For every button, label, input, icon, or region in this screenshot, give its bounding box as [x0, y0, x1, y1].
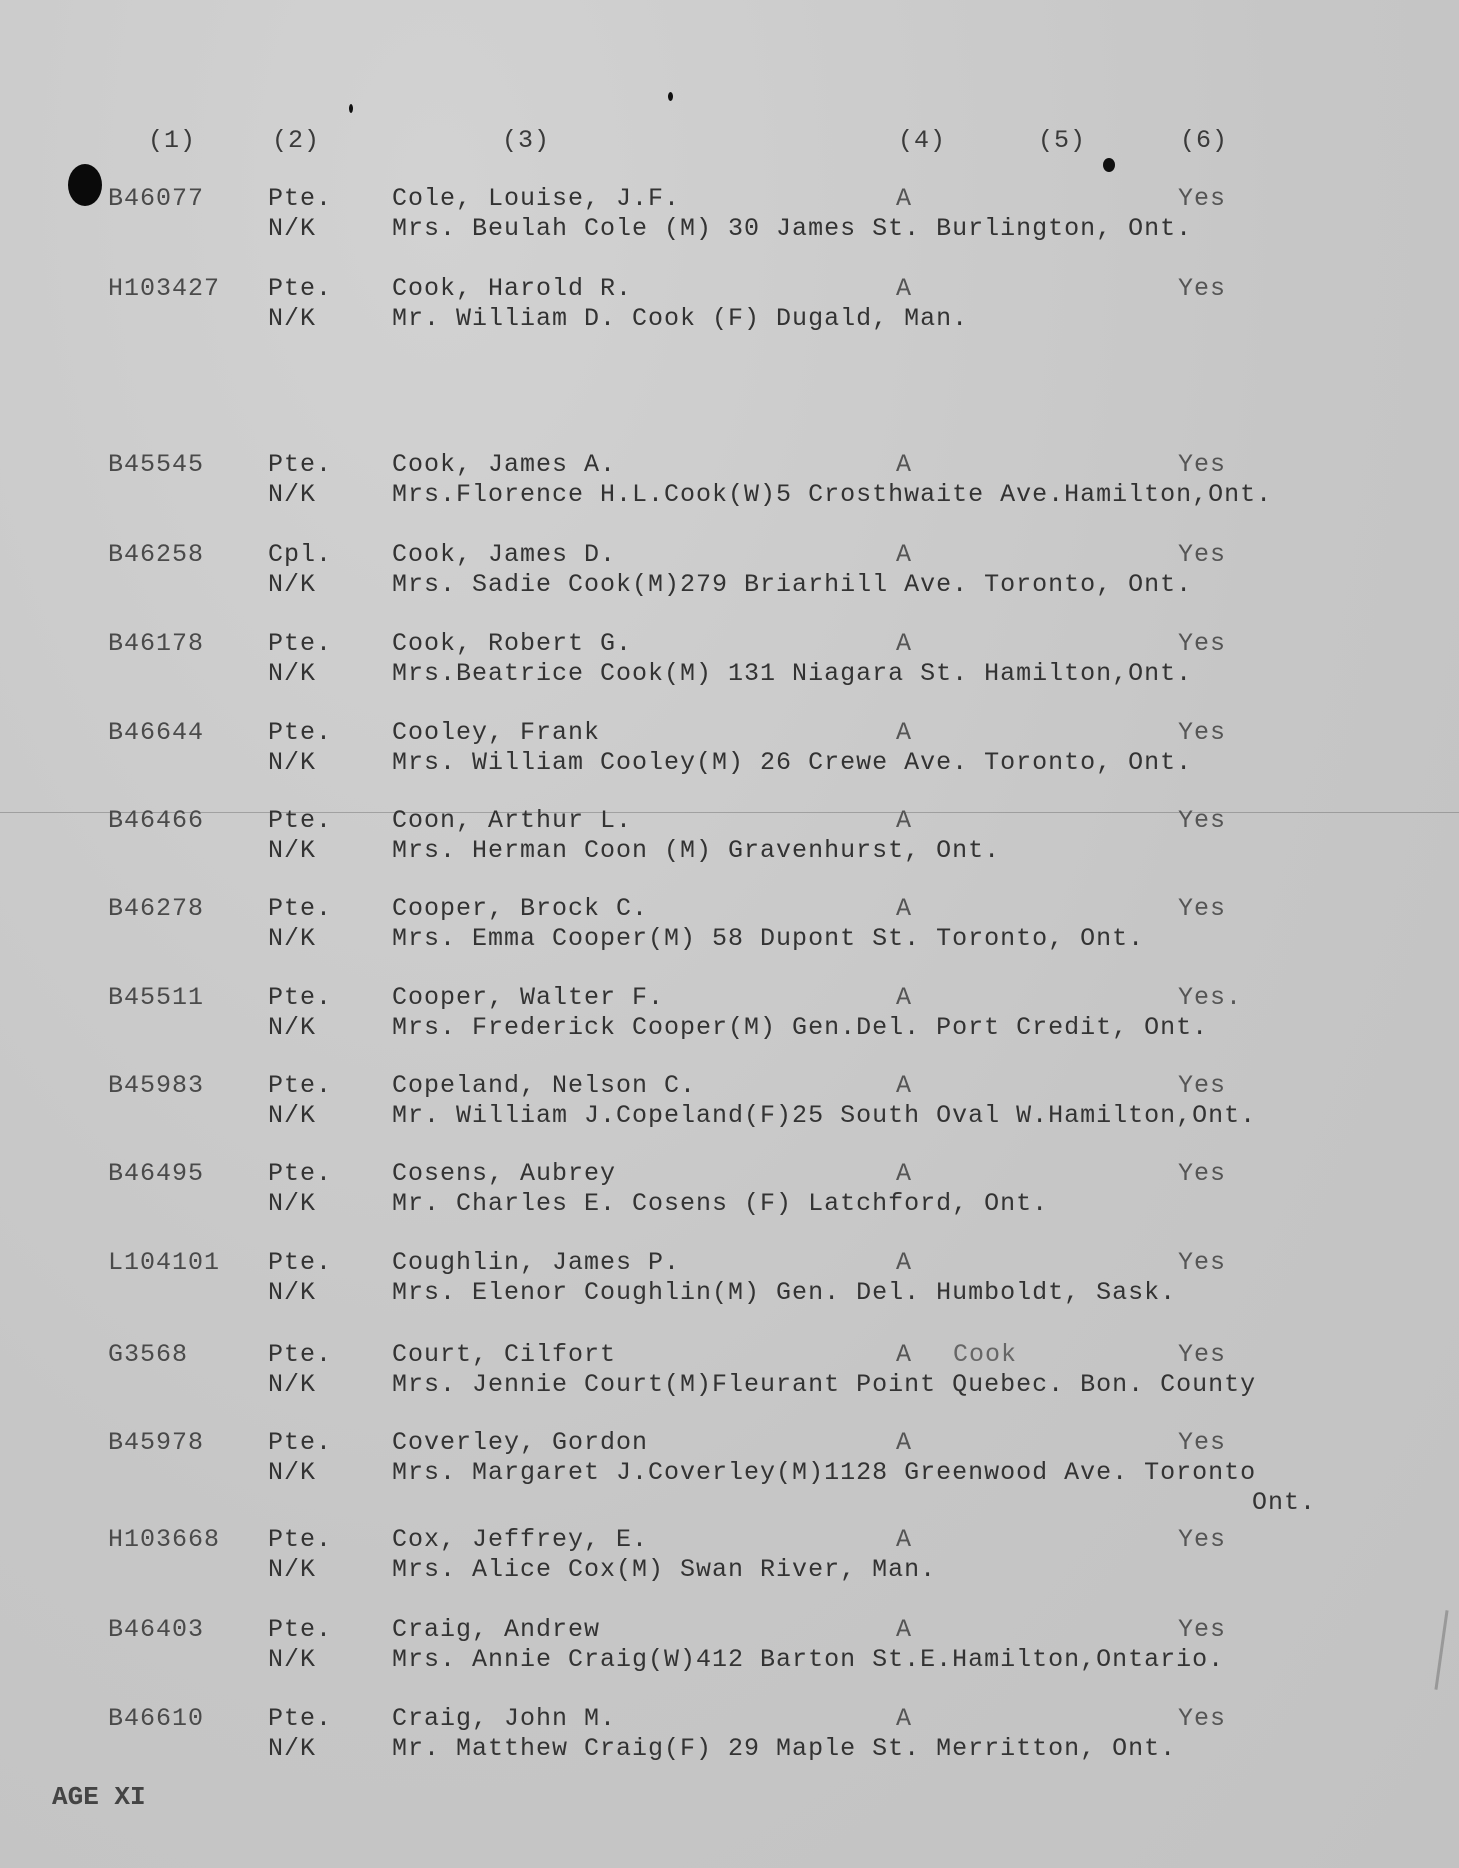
column-header-1: (1)	[148, 128, 196, 153]
next-of-kin: Mr. William D. Cook (F) Dugald, Man.	[392, 306, 968, 331]
rank: Cpl.	[268, 542, 332, 567]
next-of-kin: Mrs.Florence H.L.Cook(W)5 Crosthwaite Av…	[392, 482, 1272, 507]
soldier-name: Copeland, Nelson C.	[392, 1073, 696, 1098]
soldier-name: Cole, Louise, J.F.	[392, 186, 680, 211]
next-of-kin-label: N/K	[268, 482, 316, 507]
column-6-value: Yes	[1178, 186, 1226, 211]
next-of-kin-label: N/K	[268, 1647, 316, 1672]
rank: Pte.	[268, 631, 332, 656]
next-of-kin: Mr. William J.Copeland(F)25 South Oval W…	[392, 1103, 1256, 1128]
soldier-name: Craig, Andrew	[392, 1617, 600, 1642]
service-number: B46466	[108, 808, 204, 833]
roster-entry: B46278 Pte. Cooper, Brock C. A Yes N/K M…	[0, 896, 1459, 956]
next-of-kin-label: N/K	[268, 750, 316, 775]
next-of-kin-label: N/K	[268, 1557, 316, 1582]
column-4-value: A	[896, 542, 912, 567]
column-4-value: A	[896, 631, 912, 656]
column-4-value: A	[896, 1430, 912, 1455]
service-number: B46644	[108, 720, 204, 745]
column-6-value: Yes	[1178, 542, 1226, 567]
soldier-name: Cox, Jeffrey, E.	[392, 1527, 648, 1552]
next-of-kin: Mrs. Emma Cooper(M) 58 Dupont St. Toront…	[392, 926, 1144, 951]
roster-entry: L104101 Pte. Coughlin, James P. A Yes N/…	[0, 1250, 1459, 1310]
next-of-kin-label: N/K	[268, 1372, 316, 1397]
service-number: B46258	[108, 542, 204, 567]
column-6-value: Yes	[1178, 1527, 1226, 1552]
next-of-kin: Mr. Matthew Craig(F) 29 Maple St. Merrit…	[392, 1736, 1176, 1761]
service-number: B46278	[108, 896, 204, 921]
column-header-2: (2)	[272, 128, 320, 153]
next-of-kin-label: N/K	[268, 1460, 316, 1485]
service-number: B45983	[108, 1073, 204, 1098]
roster-entry: B46495 Pte. Cosens, Aubrey A Yes N/K Mr.…	[0, 1161, 1459, 1221]
column-4-value: A	[896, 896, 912, 921]
service-number: B45978	[108, 1430, 204, 1455]
column-6-value: Yes	[1178, 1161, 1226, 1186]
column-4-value: A	[896, 985, 912, 1010]
roster-entry: H103427 Pte. Cook, Harold R. A Yes N/K M…	[0, 276, 1459, 336]
roster-entry: B46466 Pte. Coon, Arthur L. A Yes N/K Mr…	[0, 808, 1459, 868]
roster-entry: B46403 Pte. Craig, Andrew A Yes N/K Mrs.…	[0, 1617, 1459, 1677]
column-6-value: Yes	[1178, 1430, 1226, 1455]
service-number: B45545	[108, 452, 204, 477]
column-4-value: A	[896, 276, 912, 301]
next-of-kin: Mrs. Herman Coon (M) Gravenhurst, Ont.	[392, 838, 1000, 863]
rank: Pte.	[268, 1706, 332, 1731]
column-header-6: (6)	[1180, 128, 1228, 153]
soldier-name: Cooley, Frank	[392, 720, 600, 745]
column-4-value: A	[896, 720, 912, 745]
next-of-kin: Mrs. Sadie Cook(M)279 Briarhill Ave. Tor…	[392, 572, 1192, 597]
ink-speck	[1103, 158, 1115, 172]
column-6-value: Yes	[1178, 631, 1226, 656]
soldier-name: Cook, James D.	[392, 542, 616, 567]
column-6-value: Yes	[1178, 896, 1226, 921]
rank: Pte.	[268, 896, 332, 921]
column-6-value: Yes	[1178, 720, 1226, 745]
column-6-value: Yes	[1178, 1617, 1226, 1642]
next-of-kin: Mr. Charles E. Cosens (F) Latchford, Ont…	[392, 1191, 1048, 1216]
soldier-name: Coon, Arthur L.	[392, 808, 632, 833]
service-number: B46077	[108, 186, 204, 211]
column-6-value: Yes	[1178, 1073, 1226, 1098]
column-6-value: Yes	[1178, 1706, 1226, 1731]
service-number: B46610	[108, 1706, 204, 1731]
column-6-value: Yes	[1178, 808, 1226, 833]
rank: Pte.	[268, 1073, 332, 1098]
roster-entry: G3568 Pte. Court, Cilfort A Cook Yes N/K…	[0, 1342, 1459, 1402]
rank: Pte.	[268, 276, 332, 301]
rank: Pte.	[268, 720, 332, 745]
service-number: G3568	[108, 1342, 188, 1367]
column-4-value: A	[896, 1617, 912, 1642]
column-4-value: A	[896, 1706, 912, 1731]
rank: Pte.	[268, 186, 332, 211]
rank: Pte.	[268, 1617, 332, 1642]
soldier-name: Coverley, Gordon	[392, 1430, 648, 1455]
column-4-value: A	[896, 1073, 912, 1098]
rank: Pte.	[268, 808, 332, 833]
next-of-kin-label: N/K	[268, 1103, 316, 1128]
next-of-kin-label: N/K	[268, 1015, 316, 1040]
rank: Pte.	[268, 1250, 332, 1275]
typewritten-roster-page: (1) (2) (3) (4) (5) (6) B46077 Pte. Cole…	[0, 0, 1459, 1868]
rank: Pte.	[268, 1527, 332, 1552]
ink-speck	[349, 104, 353, 113]
roster-entry: H103668 Pte. Cox, Jeffrey, E. A Yes N/K …	[0, 1527, 1459, 1587]
soldier-name: Court, Cilfort	[392, 1342, 616, 1367]
next-of-kin-label: N/K	[268, 838, 316, 863]
rank: Pte.	[268, 985, 332, 1010]
service-number: B46178	[108, 631, 204, 656]
column-header-4: (4)	[898, 128, 946, 153]
column-6-value: Yes	[1178, 1342, 1226, 1367]
roster-entry: B45511 Pte. Cooper, Walter F. A Yes. N/K…	[0, 985, 1459, 1045]
column-4-value: A	[896, 808, 912, 833]
soldier-name: Cooper, Walter F.	[392, 985, 664, 1010]
column-4-value: A	[896, 1250, 912, 1275]
next-of-kin-label: N/K	[268, 1280, 316, 1305]
next-of-kin-label: N/K	[268, 216, 316, 241]
page-footer: AGE XI	[52, 1782, 146, 1812]
column-6-value: Yes	[1178, 452, 1226, 477]
column-4-value: A	[896, 1342, 912, 1367]
next-of-kin: Mrs. Alice Cox(M) Swan River, Man.	[392, 1557, 936, 1582]
soldier-name: Cosens, Aubrey	[392, 1161, 616, 1186]
column-4-value: A	[896, 1527, 912, 1552]
roster-entry: B45978 Pte. Coverley, Gordon A Yes N/K M…	[0, 1430, 1459, 1490]
roster-entry: B46178 Pte. Cook, Robert G. A Yes N/K Mr…	[0, 631, 1459, 691]
next-of-kin: Mrs. Margaret J.Coverley(M)1128 Greenwoo…	[392, 1460, 1256, 1485]
service-number: B45511	[108, 985, 204, 1010]
ink-speck	[668, 92, 673, 101]
rank: Pte.	[268, 1161, 332, 1186]
column-header-3: (3)	[502, 128, 550, 153]
column-6-value: Yes	[1178, 276, 1226, 301]
next-of-kin: Mrs. Frederick Cooper(M) Gen.Del. Port C…	[392, 1015, 1208, 1040]
soldier-name: Cooper, Brock C.	[392, 896, 648, 921]
soldier-name: Cook, James A.	[392, 452, 616, 477]
soldier-name: Cook, Harold R.	[392, 276, 632, 301]
roster-entry: B46610 Pte. Craig, John M. A Yes N/K Mr.…	[0, 1706, 1459, 1766]
next-of-kin: Mrs. Annie Craig(W)412 Barton St.E.Hamil…	[392, 1647, 1224, 1672]
roster-entry: B46258 Cpl. Cook, James D. A Yes N/K Mrs…	[0, 542, 1459, 602]
next-of-kin: Mrs. William Cooley(M) 26 Crewe Ave. Tor…	[392, 750, 1192, 775]
next-of-kin: Mrs. Jennie Court(M)Fleurant Point Quebe…	[392, 1372, 1256, 1397]
next-of-kin-label: N/K	[268, 926, 316, 951]
next-of-kin: Mrs. Elenor Coughlin(M) Gen. Del. Humbol…	[392, 1280, 1176, 1305]
roster-entry: B45545 Pte. Cook, James A. A Yes N/K Mrs…	[0, 452, 1459, 512]
next-of-kin: Mrs.Beatrice Cook(M) 131 Niagara St. Ham…	[392, 661, 1192, 686]
roster-entry: B45983 Pte. Copeland, Nelson C. A Yes N/…	[0, 1073, 1459, 1133]
roster-entry: B46077 Pte. Cole, Louise, J.F. A Yes N/K…	[0, 186, 1459, 246]
service-number: L104101	[108, 1250, 220, 1275]
next-of-kin-label: N/K	[268, 306, 316, 331]
next-of-kin-label: N/K	[268, 1736, 316, 1761]
soldier-name: Cook, Robert G.	[392, 631, 632, 656]
rank: Pte.	[268, 452, 332, 477]
next-of-kin-label: N/K	[268, 661, 316, 686]
column-4-value: A	[896, 1161, 912, 1186]
next-of-kin-continuation: Ont.	[1252, 1490, 1316, 1515]
next-of-kin-label: N/K	[268, 572, 316, 597]
column-5-value: Cook	[953, 1342, 1017, 1367]
column-4-value: A	[896, 452, 912, 477]
next-of-kin: Mrs. Beulah Cole (M) 30 James St. Burlin…	[392, 216, 1192, 241]
rank: Pte.	[268, 1430, 332, 1455]
column-6-value: Yes	[1178, 1250, 1226, 1275]
roster-entry: B46644 Pte. Cooley, Frank A Yes N/K Mrs.…	[0, 720, 1459, 780]
rank: Pte.	[268, 1342, 332, 1367]
soldier-name: Coughlin, James P.	[392, 1250, 680, 1275]
soldier-name: Craig, John M.	[392, 1706, 616, 1731]
service-number: H103427	[108, 276, 220, 301]
service-number: B46495	[108, 1161, 204, 1186]
service-number: H103668	[108, 1527, 220, 1552]
next-of-kin-label: N/K	[268, 1191, 316, 1216]
column-header-5: (5)	[1038, 128, 1086, 153]
service-number: B46403	[108, 1617, 204, 1642]
column-6-value: Yes.	[1178, 985, 1242, 1010]
column-4-value: A	[896, 186, 912, 211]
